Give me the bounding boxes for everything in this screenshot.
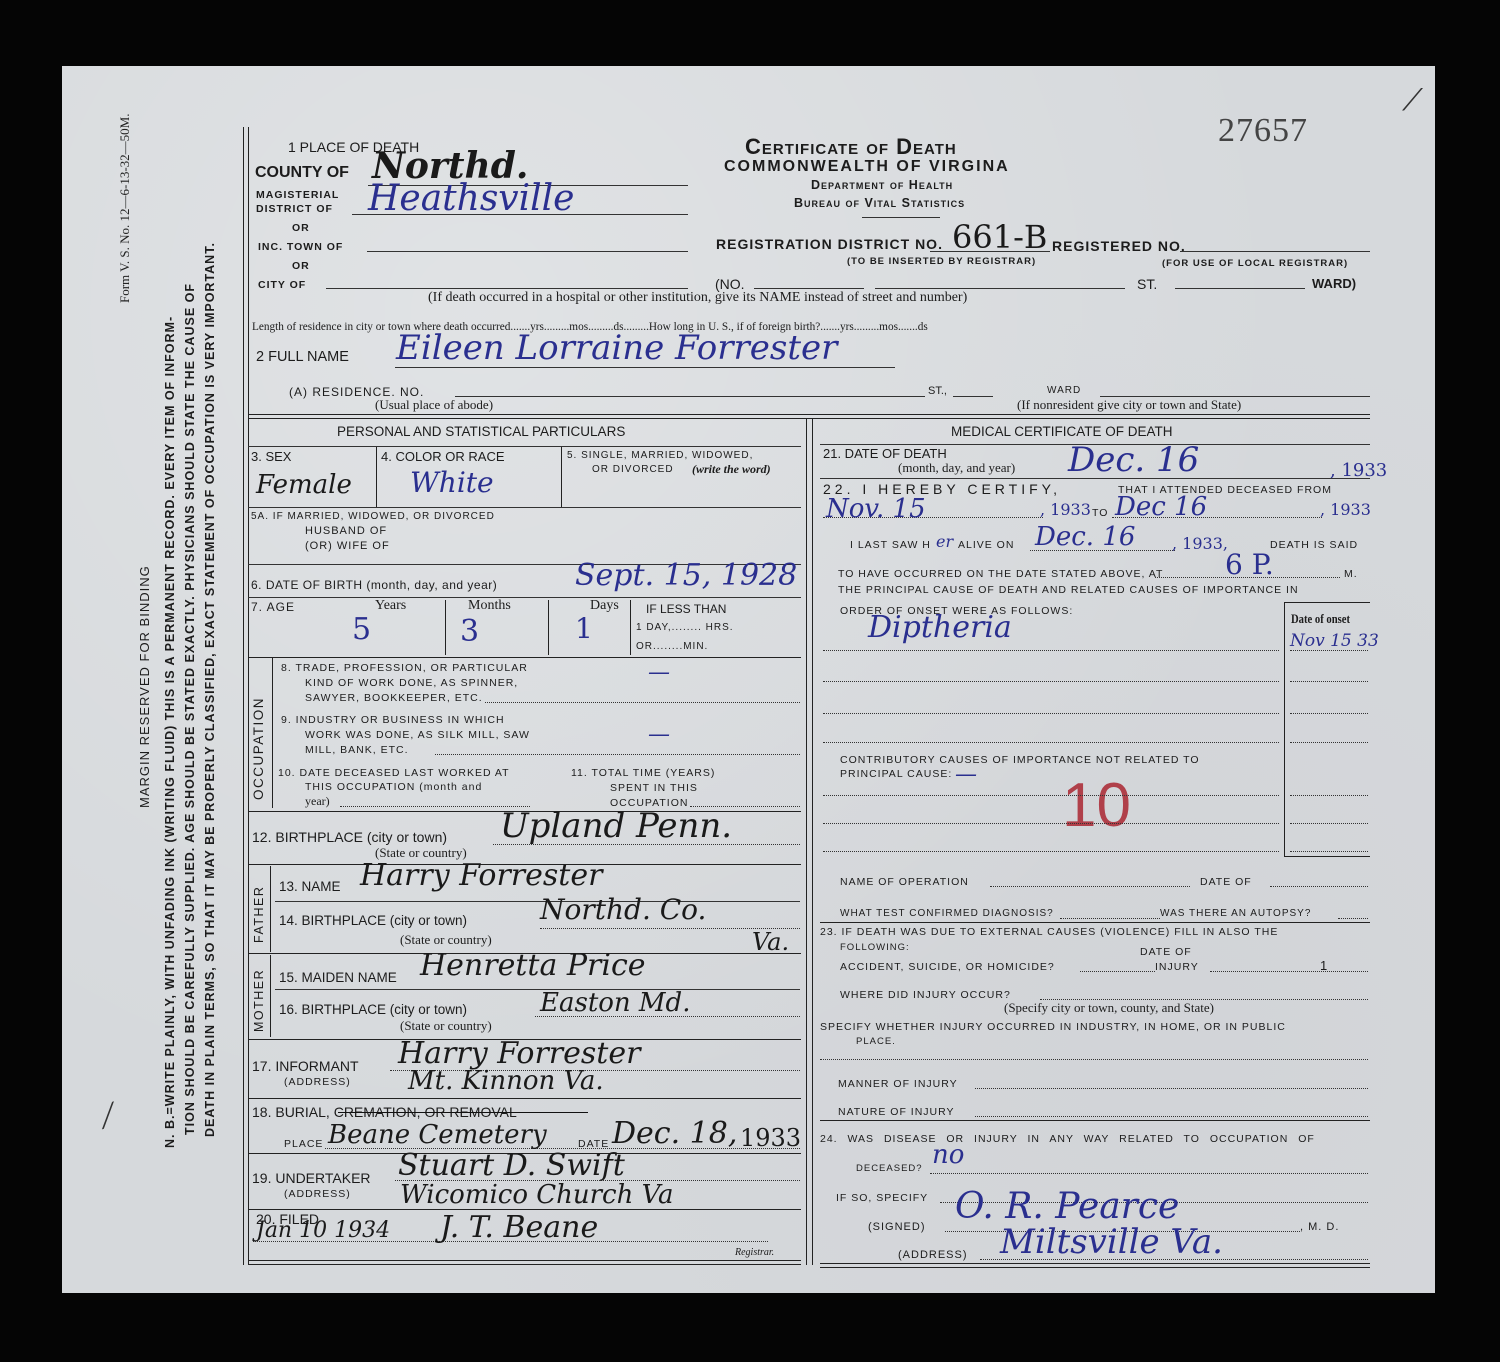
burial-date-value: Dec. 18, — [612, 1116, 737, 1151]
red-pencil-mark: 10 — [1062, 770, 1131, 841]
street-st-label: ST. — [1137, 276, 1157, 292]
marital-label-2: OR DIVORCED — [592, 464, 674, 475]
hospital-note: (If death occurred in a hospital or othe… — [428, 290, 967, 306]
years-value: 5 — [352, 612, 371, 647]
death-said-label: DEATH IS SAID — [1270, 539, 1358, 551]
cause-line-3 — [823, 713, 1279, 714]
onset-line-3 — [1290, 713, 1368, 714]
from-value: Nov. 15 — [826, 494, 926, 524]
mother-name-rule — [275, 989, 800, 990]
external-label-1: 23. IF DEATH WAS DUE TO EXTERNAL CAUSES … — [820, 926, 1278, 938]
town-line — [367, 251, 688, 252]
sex-race-divider — [376, 447, 377, 507]
dod-value: Dec. 16 — [1068, 440, 1199, 480]
onset-value: Nov 15 33 — [1290, 631, 1379, 651]
bottom-rule-right — [820, 1263, 1370, 1264]
address-label: (ADDRESS) — [898, 1249, 968, 1261]
street-ward-label: WARD) — [1312, 276, 1356, 291]
days-label: Days — [590, 598, 619, 614]
onset-box-top — [1284, 602, 1370, 603]
industry-value: — — [648, 722, 670, 747]
time-value: 6 P. — [1225, 548, 1274, 581]
place-label: PLACE — [284, 1138, 323, 1150]
father-side-label: FATHER — [252, 886, 266, 943]
trade-value: — — [648, 660, 670, 685]
mother-bp-sub: (State or country) — [400, 1018, 492, 1034]
age-divider-1 — [445, 600, 446, 655]
mother-name-value: Henretta Price — [420, 948, 646, 983]
days-value: 1 — [575, 612, 593, 645]
instructions-line-1: N. B.=WRITE PLAINLY, WITH UNFADING INK (… — [163, 316, 177, 1148]
months-label: Months — [468, 598, 511, 614]
signed-value: O. R. Pearce — [955, 1186, 1179, 1227]
totaltime-label-1: 11. TOTAL TIME (YEARS) — [571, 767, 715, 779]
or-label-1: OR — [292, 222, 310, 234]
onset-label: Date of onset — [1291, 612, 1350, 627]
or-label-2: OR — [292, 260, 310, 272]
mother-divider — [270, 955, 271, 1037]
medical-rule-1 — [820, 922, 1370, 923]
occupation-related-dotted-line — [930, 1173, 1368, 1174]
contrib-line-1 — [823, 795, 1279, 796]
contributory-label-1: CONTRIBUTORY CAUSES OF IMPORTANCE NOT RE… — [840, 754, 1200, 766]
trade-label-1: 8. TRADE, PROFESSION, OR PARTICULAR — [281, 662, 528, 674]
lastsaw-label: I LAST SAW H — [850, 539, 931, 551]
informant-label: 17. INFORMANT — [252, 1058, 359, 1074]
birthplace-label: 12. BIRTHPLACE (city or town) — [252, 829, 447, 845]
lastwork-label-1: 10. DATE DECEASED LAST WORKED AT — [278, 767, 510, 779]
race-value: White — [410, 466, 494, 499]
occupation-side-label: OCCUPATION — [251, 697, 266, 800]
center-divider-right — [812, 418, 813, 1265]
residence-st-line — [953, 396, 993, 397]
operation-date-label: DATE OF — [1200, 876, 1252, 888]
external-label-2: FOLLOWING: — [840, 942, 910, 953]
nature-label: NATURE OF INJURY — [838, 1106, 955, 1118]
onset-line-1 — [1290, 650, 1368, 651]
section-rule-top — [248, 414, 1370, 415]
specify-label-2: PLACE. — [856, 1036, 896, 1047]
undertaker-address: Wicomico Church Va — [400, 1180, 674, 1210]
father-name-value: Harry Forrester — [360, 858, 602, 893]
md-label: , M. D. — [1300, 1221, 1339, 1233]
father-bp-value: Northd. Co. — [540, 893, 706, 926]
marital-label-1: 5. SINGLE, MARRIED, WIDOWED, — [567, 450, 753, 461]
operation-label: NAME OF OPERATION — [840, 876, 969, 888]
residence-sub: (Usual place of abode) — [375, 397, 493, 413]
cause-value: Diptheria — [868, 610, 1012, 645]
center-divider-left — [806, 418, 807, 1265]
specify-label-1: SPECIFY WHETHER INJURY OCCURRED IN INDUS… — [820, 1021, 1286, 1033]
alive-label: ALIVE ON — [958, 539, 1014, 551]
from-year: , 1933 — [1040, 500, 1091, 519]
sex-label: 3. SEX — [251, 449, 291, 464]
undertaker-value: Stuart D. Swift — [398, 1148, 625, 1183]
spouse-label-1: 5A. IF MARRIED, WIDOWED, OR DIVORCED — [251, 511, 495, 522]
age-divider-2 — [548, 600, 549, 655]
town-label: INC. TOWN OF — [258, 241, 343, 253]
registrar-label: Registrar. — [735, 1247, 774, 1258]
operation-date-dotted-line — [1270, 886, 1368, 887]
father-name-rule — [275, 901, 800, 902]
totaltime-label-2: SPENT IN THIS — [610, 782, 698, 794]
nature-dotted-line — [975, 1116, 1368, 1117]
dob-label: 6. DATE OF BIRTH (month, day, and year) — [251, 578, 497, 592]
mother-side-label: MOTHER — [252, 969, 266, 1032]
age-label: 7. AGE — [251, 600, 295, 614]
injury-label: INJURY — [1155, 961, 1199, 973]
less-than-3: OR........MIN. — [636, 641, 708, 652]
less-than-2: 1 DAY,........ HRS. — [636, 622, 734, 633]
date-of-label: DATE OF — [1140, 946, 1192, 958]
bottom-rule-left-2 — [248, 1264, 801, 1265]
district-label-2: DISTRICT OF — [256, 203, 333, 215]
spouse-label-3: (OR) WIFE OF — [305, 540, 390, 552]
dod-label: 21. DATE OF DEATH — [823, 446, 947, 461]
local-registrar-note: (FOR USE OF LOCAL REGISTRAR) — [1162, 258, 1348, 269]
instructions-line-2: TION SHOULD BE CAREFULLY SUPPLIED. AGE S… — [183, 283, 197, 1135]
contributory-value: — — [955, 762, 977, 787]
form-number: Form V. S. No. 12—6-13-32—50M. — [117, 114, 133, 303]
specify-dotted-line — [820, 1059, 1368, 1060]
principal-label-1: THE PRINCIPAL CAUSE OF DEATH AND RELATED… — [838, 584, 1299, 596]
full-name-value: Eileen Lorraine Forrester — [396, 328, 837, 368]
less-than-1: IF LESS THAN — [646, 602, 726, 616]
autopsy-dotted-line — [1338, 918, 1368, 919]
certificate-number: 27657 — [1218, 112, 1308, 150]
to-year: , 1933 — [1320, 500, 1371, 519]
race-marital-divider — [561, 447, 562, 507]
city-line — [326, 288, 688, 289]
onset-line-5 — [1290, 795, 1368, 796]
to-value: Dec 16 — [1115, 492, 1207, 522]
city-label: CITY OF — [258, 279, 306, 291]
marital-label-3: (write the word) — [692, 462, 771, 477]
residence-st-label: ST., — [928, 385, 947, 397]
occupation-related-value: no — [932, 1140, 964, 1170]
operation-dotted-line — [990, 886, 1190, 887]
medical-header: MEDICAL CERTIFICATE OF DEATH — [951, 424, 1173, 439]
occupation-divider — [272, 658, 273, 808]
medical-rule-2 — [820, 1120, 1370, 1121]
district-value: Heathsville — [368, 178, 574, 219]
trade-dotted-line — [485, 702, 800, 703]
dob-value: Sept. 15, 1928 — [575, 558, 797, 593]
burial-strikethrough — [338, 1112, 588, 1113]
lastwork-label-3: year) — [305, 794, 330, 809]
residence-ward-label: WARD — [1047, 385, 1081, 396]
nonresident-note: (If nonresident give city or town and St… — [1017, 397, 1241, 413]
registration-district-label: REGISTRATION DISTRICT NO. — [716, 236, 943, 252]
certificate-title: Certificate of Death — [745, 134, 957, 160]
registrar-signature: J. T. Beane — [440, 1210, 598, 1245]
injury-number: 1 — [1320, 958, 1327, 973]
informant-address: Mt. Kinnon Va. — [408, 1066, 604, 1096]
father-bp-value-2: Va. — [752, 928, 789, 956]
onset-line-2 — [1290, 681, 1368, 682]
corner-mark: ⟋ — [1402, 84, 1423, 118]
personal-header: PERSONAL AND STATISTICAL PARTICULARS — [337, 424, 625, 439]
lastsaw-her: er — [936, 532, 953, 551]
birthplace-value: Upland Penn. — [500, 806, 732, 846]
occupation-related-label-2: DECEASED? — [856, 1163, 923, 1174]
trade-label-3: SAWYER, BOOKKEEPER, ETC. — [305, 692, 483, 704]
race-label: 4. COLOR OR RACE — [381, 449, 505, 464]
manner-dotted-line — [975, 1088, 1368, 1089]
onset-line-6 — [1290, 823, 1368, 824]
months-value: 3 — [460, 614, 479, 649]
sex-value: Female — [256, 470, 352, 500]
cause-line-4 — [823, 742, 1279, 743]
trade-label-2: KIND OF WORK DONE, AS SPINNER, — [305, 677, 518, 689]
industry-dotted-line — [435, 754, 800, 755]
father-divider — [270, 866, 271, 952]
cause-line-2 — [823, 681, 1279, 682]
residence-line — [455, 396, 925, 397]
full-name-label: 2 FULL NAME — [256, 349, 349, 365]
informant-sub: (ADDRESS) — [284, 1076, 351, 1088]
test-label: WHAT TEST CONFIRMED DIAGNOSIS? — [840, 908, 1054, 919]
personal-header-rule — [248, 446, 801, 447]
bureau-label: Bureau of Vital Statistics — [794, 196, 965, 210]
lastsaw-year: , 1933, — [1172, 534, 1228, 553]
industry-label-2: WORK WAS DONE, AS SILK MILL, SAW — [305, 729, 530, 741]
bottom-rule-left — [248, 1260, 801, 1261]
filed-value: Jan 10 1934 — [256, 1218, 390, 1243]
father-bp-sub: (State or country) — [400, 932, 492, 948]
instructions-line-3: DEATH IN PLAIN TERMS, SO THAT IT MAY BE … — [203, 242, 217, 1137]
left-border-outer — [243, 127, 244, 1265]
registration-district-value: 661-B — [952, 218, 1047, 256]
occupation-related-label-1: 24. WAS DISEASE OR INJURY IN ANY WAY REL… — [820, 1133, 1315, 1145]
ward-line — [1175, 288, 1305, 289]
row-rule-9 — [248, 1098, 801, 1099]
street-line — [875, 288, 1125, 289]
where-sub: (Specify city or town, county, and State… — [1004, 1000, 1214, 1016]
district-label-1: MAGISTERIAL — [256, 189, 339, 201]
industry-label-3: MILL, BANK, ETC. — [305, 744, 409, 756]
autopsy-label: WAS THERE AN AUTOPSY? — [1160, 908, 1311, 919]
accident-label: ACCIDENT, SUICIDE, OR HOMICIDE? — [840, 961, 1055, 973]
registered-line — [1180, 251, 1370, 252]
address-value: Miltsville Va. — [1000, 1222, 1223, 1262]
onset-line-4 — [1290, 742, 1368, 743]
street-no-line — [754, 288, 864, 289]
onset-box-left — [1284, 602, 1285, 856]
undertaker-label: 19. UNDERTAKER — [252, 1170, 371, 1186]
burial-year-value: 1933 — [740, 1124, 801, 1152]
bottom-rule-right-2 — [820, 1267, 1370, 1268]
to-label: TO — [1092, 507, 1108, 519]
row-rule-1 — [248, 507, 801, 508]
years-label: Years — [375, 598, 406, 614]
lastsaw-value: Dec. 16 — [1035, 522, 1135, 552]
row-rule-3 — [248, 597, 801, 598]
certificate-subtitle: Commonwealth of Virgina — [724, 158, 1010, 176]
onset-box-bottom — [1284, 856, 1370, 857]
row-rule-4 — [248, 657, 801, 658]
if-so-label: IF SO, SPECIFY — [836, 1192, 928, 1204]
mother-name-label: 15. MAIDEN NAME — [279, 970, 397, 985]
mother-bp-label: 16. BIRTHPLACE (city or town) — [279, 1002, 467, 1017]
section-rule-bottom — [248, 418, 1370, 419]
contrib-line-2 — [823, 823, 1279, 824]
father-bp-label: 14. BIRTHPLACE (city or town) — [279, 913, 467, 928]
m-label: M. — [1344, 568, 1358, 580]
injury-dotted-line — [1210, 971, 1368, 972]
industry-label-1: 9. INDUSTRY OR BUSINESS IN WHICH — [281, 714, 505, 726]
dod-sub: (month, day, and year) — [898, 460, 1015, 476]
accident-dotted-line — [1080, 971, 1155, 972]
signed-label: (SIGNED) — [868, 1221, 926, 1233]
dod-rule — [820, 478, 1370, 479]
registrar-note: (TO BE INSERTED BY REGISTRAR) — [847, 256, 1036, 267]
occurred-label: TO HAVE OCCURRED ON THE DATE STATED ABOV… — [838, 568, 1163, 580]
left-border-inner — [248, 127, 249, 1265]
mother-bp-value: Easton Md. — [540, 988, 690, 1018]
contrib-line-3 — [823, 851, 1279, 852]
department-label: Department of Health — [811, 178, 953, 192]
test-dotted-line — [1060, 918, 1160, 919]
manner-label: MANNER OF INJURY — [838, 1078, 958, 1090]
county-label: COUNTY OF — [255, 164, 349, 182]
lastwork-label-2: THIS OCCUPATION (month and — [305, 781, 482, 793]
onset-line-7 — [1290, 851, 1368, 852]
undertaker-sub: (ADDRESS) — [284, 1188, 351, 1200]
father-name-label: 13. NAME — [279, 879, 341, 894]
title-rule — [862, 217, 940, 218]
age-divider-3 — [630, 600, 631, 655]
contributory-label-2: PRINCIPAL CAUSE: — [840, 768, 952, 780]
burial-place-value: Beane Cemetery — [328, 1120, 547, 1150]
registered-no-label: REGISTERED NO. — [1052, 238, 1186, 254]
cause-line-1 — [823, 650, 1279, 651]
spouse-label-2: HUSBAND OF — [305, 525, 387, 537]
margin-note: MARGIN RESERVED FOR BINDING — [137, 565, 152, 808]
where-label: WHERE DID INJURY OCCUR? — [840, 989, 1011, 1001]
